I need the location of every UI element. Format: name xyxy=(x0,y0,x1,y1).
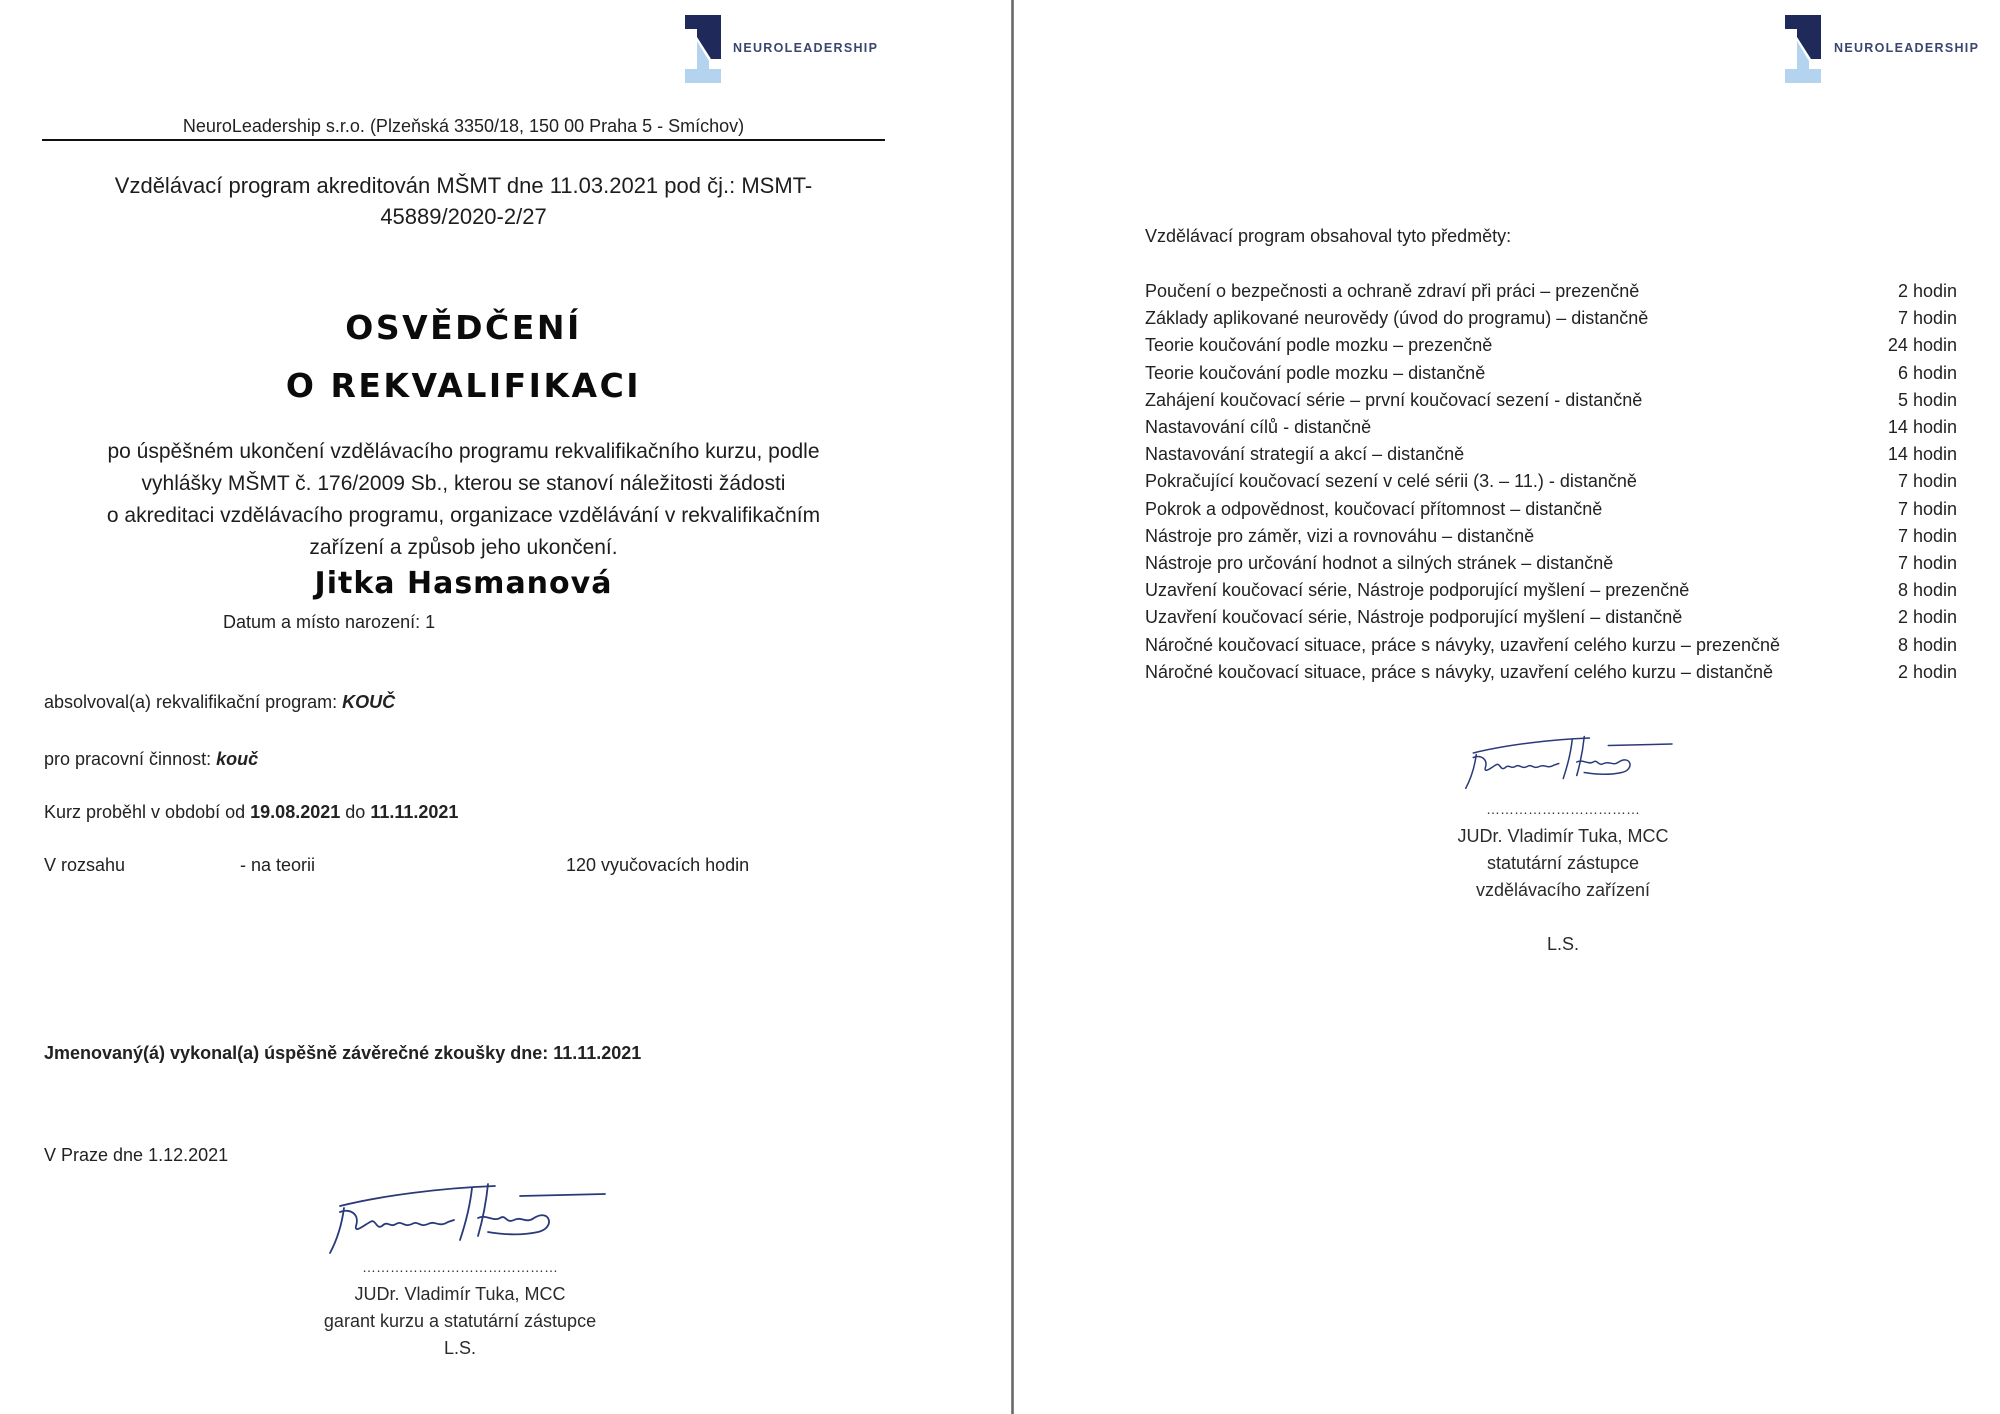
period-to-label: do xyxy=(345,802,365,822)
signature-dotted-line: …………………………… xyxy=(1413,796,1713,823)
subject-row: Náročné koučovací situace, práce s návyk… xyxy=(1145,659,1957,686)
subject-hours: 7 hodin xyxy=(1877,468,1957,495)
recipient-name: Jitka Hasmanová xyxy=(42,566,885,601)
subject-hours: 24 hodin xyxy=(1877,332,1957,359)
period-to: 11.11.2021 xyxy=(370,802,458,822)
seal-mark: L.S. xyxy=(1413,931,1713,958)
subject-hours: 2 hodin xyxy=(1877,659,1957,686)
subject-name: Nastavování strategií a akcí – distančně xyxy=(1145,441,1877,468)
activity-value: kouč xyxy=(216,749,258,769)
paragraph-line: vyhlášky MŠMT č. 176/2009 Sb., kterou se… xyxy=(42,468,885,500)
activity-line: pro pracovní činnost: kouč xyxy=(44,749,258,770)
subject-hours: 8 hodin xyxy=(1877,577,1957,604)
subject-row: Náročné koučovací situace, práce s návyk… xyxy=(1145,631,1957,658)
subject-row: Nástroje pro určování hodnot a silných s… xyxy=(1145,550,1957,577)
subject-row: Nástroje pro záměr, vizi a rovnováhu – d… xyxy=(1145,523,1957,550)
subject-name: Náročné koučovací situace, práce s návyk… xyxy=(1145,631,1877,658)
subject-row: Uzavření koučovací série, Nástroje podpo… xyxy=(1145,577,1957,604)
period-label: Kurz proběhl v období od xyxy=(44,802,245,822)
subject-name: Teorie koučování podle mozku – distančně xyxy=(1145,360,1877,387)
accreditation-line-2: 45889/2020-2/27 xyxy=(42,201,885,232)
certificate-subtitle: O REKVALIFIKACI xyxy=(42,366,885,405)
program-line: absolvoval(a) rekvalifikační program: KO… xyxy=(44,692,395,713)
neuroleadership-logo-icon xyxy=(685,15,721,83)
company-address: NeuroLeadership s.r.o. (Plzeňská 3350/18… xyxy=(42,116,885,137)
subject-name: Nastavování cílů - distančně xyxy=(1145,414,1877,441)
certificate-page-front: NEUROLEADERSHIP NeuroLeadership s.r.o. (… xyxy=(0,0,1011,1414)
signatory-institution: vzdělávacího zařízení xyxy=(1413,877,1713,904)
subject-name: Uzavření koučovací série, Nástroje podpo… xyxy=(1145,604,1877,631)
subject-hours: 14 hodin xyxy=(1877,441,1957,468)
header-rule xyxy=(42,139,885,141)
accreditation-text: Vzdělávací program akreditován MŠMT dne … xyxy=(42,170,885,232)
brand-name: NEUROLEADERSHIP xyxy=(733,41,878,55)
activity-label: pro pracovní činnost: xyxy=(44,749,211,769)
subject-name: Pokrok a odpovědnost, koučovací přítomno… xyxy=(1145,496,1877,523)
seal-mark: L.S. xyxy=(260,1335,660,1362)
subject-hours: 5 hodin xyxy=(1877,387,1957,414)
subject-row: Nastavování cílů - distančně14 hodin xyxy=(1145,414,1957,441)
birth-label: Datum a místo narození: xyxy=(223,612,420,632)
subject-name: Nástroje pro záměr, vizi a rovnováhu – d… xyxy=(1145,523,1877,550)
subject-hours: 7 hodin xyxy=(1877,550,1957,577)
program-value: KOUČ xyxy=(342,692,395,712)
signatory-role: garant kurzu a statutární zástupce xyxy=(260,1308,660,1335)
subject-name: Zahájení koučovací série – první koučova… xyxy=(1145,387,1877,414)
subject-row: Pokrok a odpovědnost, koučovací přítomno… xyxy=(1145,496,1957,523)
subject-name: Uzavření koučovací série, Nástroje podpo… xyxy=(1145,577,1877,604)
birth-info: Datum a místo narození: 1 xyxy=(223,612,435,633)
exam-statement: Jmenovaný(á) vykonal(a) úspěšně závěrečn… xyxy=(44,1043,641,1064)
scope-hours: 120 vyučovacích hodin xyxy=(566,855,749,876)
subject-name: Náročné koučovací situace, práce s návyk… xyxy=(1145,659,1877,686)
paragraph-line: o akreditaci vzdělávacího programu, orga… xyxy=(42,500,885,532)
subject-row: Zahájení koučovací série – první koučova… xyxy=(1145,387,1957,414)
subject-hours: 7 hodin xyxy=(1877,305,1957,332)
legal-paragraph: po úspěšném ukončení vzdělávacího progra… xyxy=(42,436,885,564)
subject-hours: 2 hodin xyxy=(1877,604,1957,631)
subject-hours: 7 hodin xyxy=(1877,496,1957,523)
subject-hours: 8 hodin xyxy=(1877,631,1957,658)
subject-row: Základy aplikované neurovědy (úvod do pr… xyxy=(1145,305,1957,332)
subject-hours: 6 hodin xyxy=(1877,360,1957,387)
signatory-name: JUDr. Vladimír Tuka, MCC xyxy=(1413,823,1713,850)
place-and-date: V Praze dne 1.12.2021 xyxy=(44,1145,228,1166)
subjects-table: Poučení o bezpečnosti a ochraně zdraví p… xyxy=(1145,278,1957,686)
subject-name: Základy aplikované neurovědy (úvod do pr… xyxy=(1145,305,1877,332)
neuroleadership-logo-icon xyxy=(1785,15,1821,83)
subjects-intro: Vzdělávací program obsahoval tyto předmě… xyxy=(1145,226,1511,247)
scope-label: V rozsahu xyxy=(44,855,125,876)
signatory-name: JUDr. Vladimír Tuka, MCC xyxy=(260,1281,660,1308)
subject-row: Teorie koučování podle mozku – distančně… xyxy=(1145,360,1957,387)
signature-caption: …………………………………… JUDr. Vladimír Tuka, MCC … xyxy=(260,1254,660,1362)
subject-row: Teorie koučování podle mozku – prezenčně… xyxy=(1145,332,1957,359)
accreditation-line-1: Vzdělávací program akreditován MŠMT dne … xyxy=(42,170,885,201)
scope-type: - na teorii xyxy=(240,855,315,876)
subject-hours: 2 hodin xyxy=(1877,278,1957,305)
paragraph-line: po úspěšném ukončení vzdělávacího progra… xyxy=(42,436,885,468)
signature-dotted-line: …………………………………… xyxy=(260,1254,660,1281)
period-from: 19.08.2021 xyxy=(250,802,340,822)
subject-name: Nástroje pro určování hodnot a silných s… xyxy=(1145,550,1877,577)
subject-row: Poučení o bezpečnosti a ochraně zdraví p… xyxy=(1145,278,1957,305)
program-label: absolvoval(a) rekvalifikační program: xyxy=(44,692,337,712)
birth-value: 1 xyxy=(425,612,435,632)
subject-name: Poučení o bezpečnosti a ochraně zdraví p… xyxy=(1145,278,1877,305)
brand-name: NEUROLEADERSHIP xyxy=(1834,41,1979,55)
signature-caption: …………………………… JUDr. Vladimír Tuka, MCC sta… xyxy=(1413,796,1713,958)
period-line: Kurz proběhl v období od 19.08.2021 do 1… xyxy=(44,802,458,823)
subject-name: Teorie koučování podle mozku – prezenčně xyxy=(1145,332,1877,359)
signature-image xyxy=(1452,732,1682,792)
certificate-page-back xyxy=(1014,0,2000,1414)
signature-image xyxy=(320,1178,610,1258)
paragraph-line: zařízení a způsob jeho ukončení. xyxy=(42,532,885,564)
certificate-title: OSVĚDČENÍ xyxy=(42,308,885,347)
subject-row: Nastavování strategií a akcí – distančně… xyxy=(1145,441,1957,468)
subject-row: Pokračující koučovací sezení v celé séri… xyxy=(1145,468,1957,495)
subject-hours: 7 hodin xyxy=(1877,523,1957,550)
subject-row: Uzavření koučovací série, Nástroje podpo… xyxy=(1145,604,1957,631)
subject-hours: 14 hodin xyxy=(1877,414,1957,441)
subject-name: Pokračující koučovací sezení v celé séri… xyxy=(1145,468,1877,495)
signatory-role: statutární zástupce xyxy=(1413,850,1713,877)
